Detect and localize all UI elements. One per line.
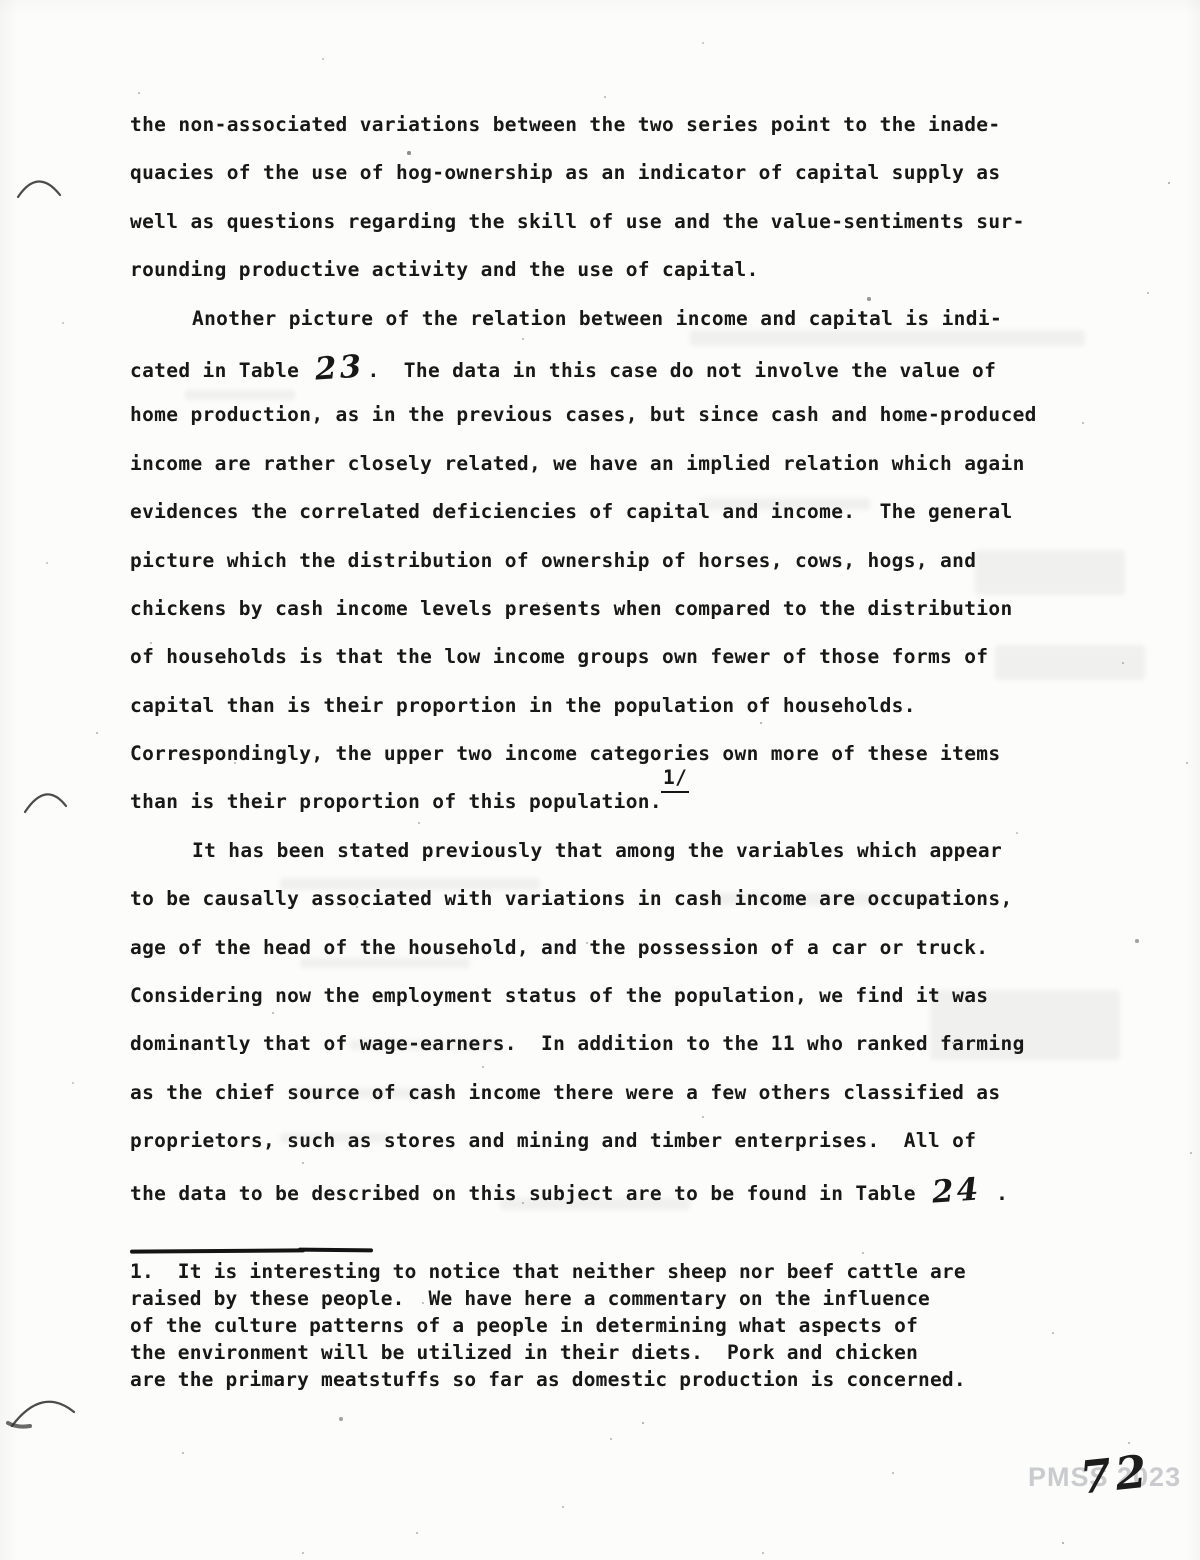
body-line: to be causally associated with variation… [130,875,1090,923]
body-line: dominantly that of wage-earners. In addi… [130,1020,1090,1068]
body-line-text: picture which the distribution of owners… [130,549,976,572]
footnote-rule [130,1248,373,1253]
body-line: Considering now the employment status of… [130,972,1090,1020]
handwritten-table-number-24: 24 [926,1165,985,1217]
body-line-text: chickens by cash income levels presents … [130,597,1013,620]
footnote: 1. It is interesting to notice that neit… [130,1248,1090,1393]
scan-noise [0,0,2,2]
body-line: picture which the distribution of owners… [130,537,1090,585]
body-line-text: Considering now the employment status of… [130,984,988,1007]
body-line: well as questions regarding the skill of… [130,198,1090,246]
typed-body: the non-associated variations between th… [130,101,1090,1214]
body-line-text: age of the head of the household, and th… [130,936,988,959]
body-line-text: It has been stated previously that among… [192,839,1002,862]
body-line-text: Correspondingly, the upper two income ca… [130,742,1000,765]
footnote-line: of the culture patterns of a people in d… [130,1312,1090,1339]
footnote-marker: 1/ [661,765,689,793]
body-line-text: the non-associated variations between th… [130,113,1000,136]
document-page: the non-associated variations between th… [0,0,1200,1560]
binder-arc [18,181,60,197]
body-line-text: than is their proportion of this populat… [130,790,662,813]
body-line-text: well as questions regarding the skill of… [130,210,1025,233]
body-line-text: Another picture of the relation between … [192,307,1002,330]
body-line-text: dominantly that of wage-earners. In addi… [130,1032,1025,1055]
body-line-text: . The data in this case do not involve t… [368,359,997,382]
body-line: evidences the correlated deficiencies of… [130,488,1090,536]
binder-arc [25,794,66,812]
body-line-text: rounding productive activity and the use… [130,258,759,281]
body-line: rounding productive activity and the use… [130,246,1090,294]
handwritten-page-number: 72 [1077,1444,1153,1504]
footnote-line: are the primary meatstuffs so far as dom… [130,1366,1090,1393]
footnote-line: the environment will be utilized in thei… [130,1339,1090,1366]
body-line: than is their proportion of this populat… [130,778,1090,826]
body-line-text: cated in Table [130,359,311,382]
body-line: Another picture of the relation between … [130,295,1090,343]
body-line-text: of households is that the low income gro… [130,645,988,668]
footnote-line: raised by these people. We have here a c… [130,1285,1090,1312]
body-line: home production, as in the previous case… [130,391,1090,439]
binder-arc [12,1402,74,1426]
body-line: age of the head of the household, and th… [130,924,1090,972]
body-line-text: quacies of the use of hog-ownership as a… [130,161,1000,184]
body-line: chickens by cash income levels presents … [130,585,1090,633]
body-line: the data to be described on this subject… [130,1166,1090,1214]
body-line: cated in Table 23. The data in this case… [130,343,1090,391]
body-line: as the chief source of cash income there… [130,1069,1090,1117]
body-line: the non-associated variations between th… [130,101,1090,149]
body-line-text: capital than is their proportion in the … [130,694,916,717]
body-line-text: proprietors, such as stores and mining a… [130,1129,976,1152]
body-line: of households is that the low income gro… [130,633,1090,681]
body-line: proprietors, such as stores and mining a… [130,1117,1090,1165]
body-line-text: the data to be described on this subject… [130,1182,928,1205]
footnote-line: 1. It is interesting to notice that neit… [130,1258,1090,1285]
handwritten-table-number-23: 23 [310,342,369,394]
binder-arc-tail [8,1423,30,1427]
body-line: It has been stated previously that among… [130,827,1090,875]
body-line: income are rather closely related, we ha… [130,440,1090,488]
body-line-text: income are rather closely related, we ha… [130,452,1025,475]
body-line-text: evidences the correlated deficiencies of… [130,500,1013,523]
body-line-text: as the chief source of cash income there… [130,1081,1000,1104]
body-line: Correspondingly, the upper two income ca… [130,730,1090,778]
body-line: quacies of the use of hog-ownership as a… [130,149,1090,197]
body-line-text: . [984,1182,1008,1205]
body-line: capital than is their proportion in the … [130,682,1090,730]
body-line-text: home production, as in the previous case… [130,403,1037,426]
body-line-text: to be causally associated with variation… [130,887,1013,910]
